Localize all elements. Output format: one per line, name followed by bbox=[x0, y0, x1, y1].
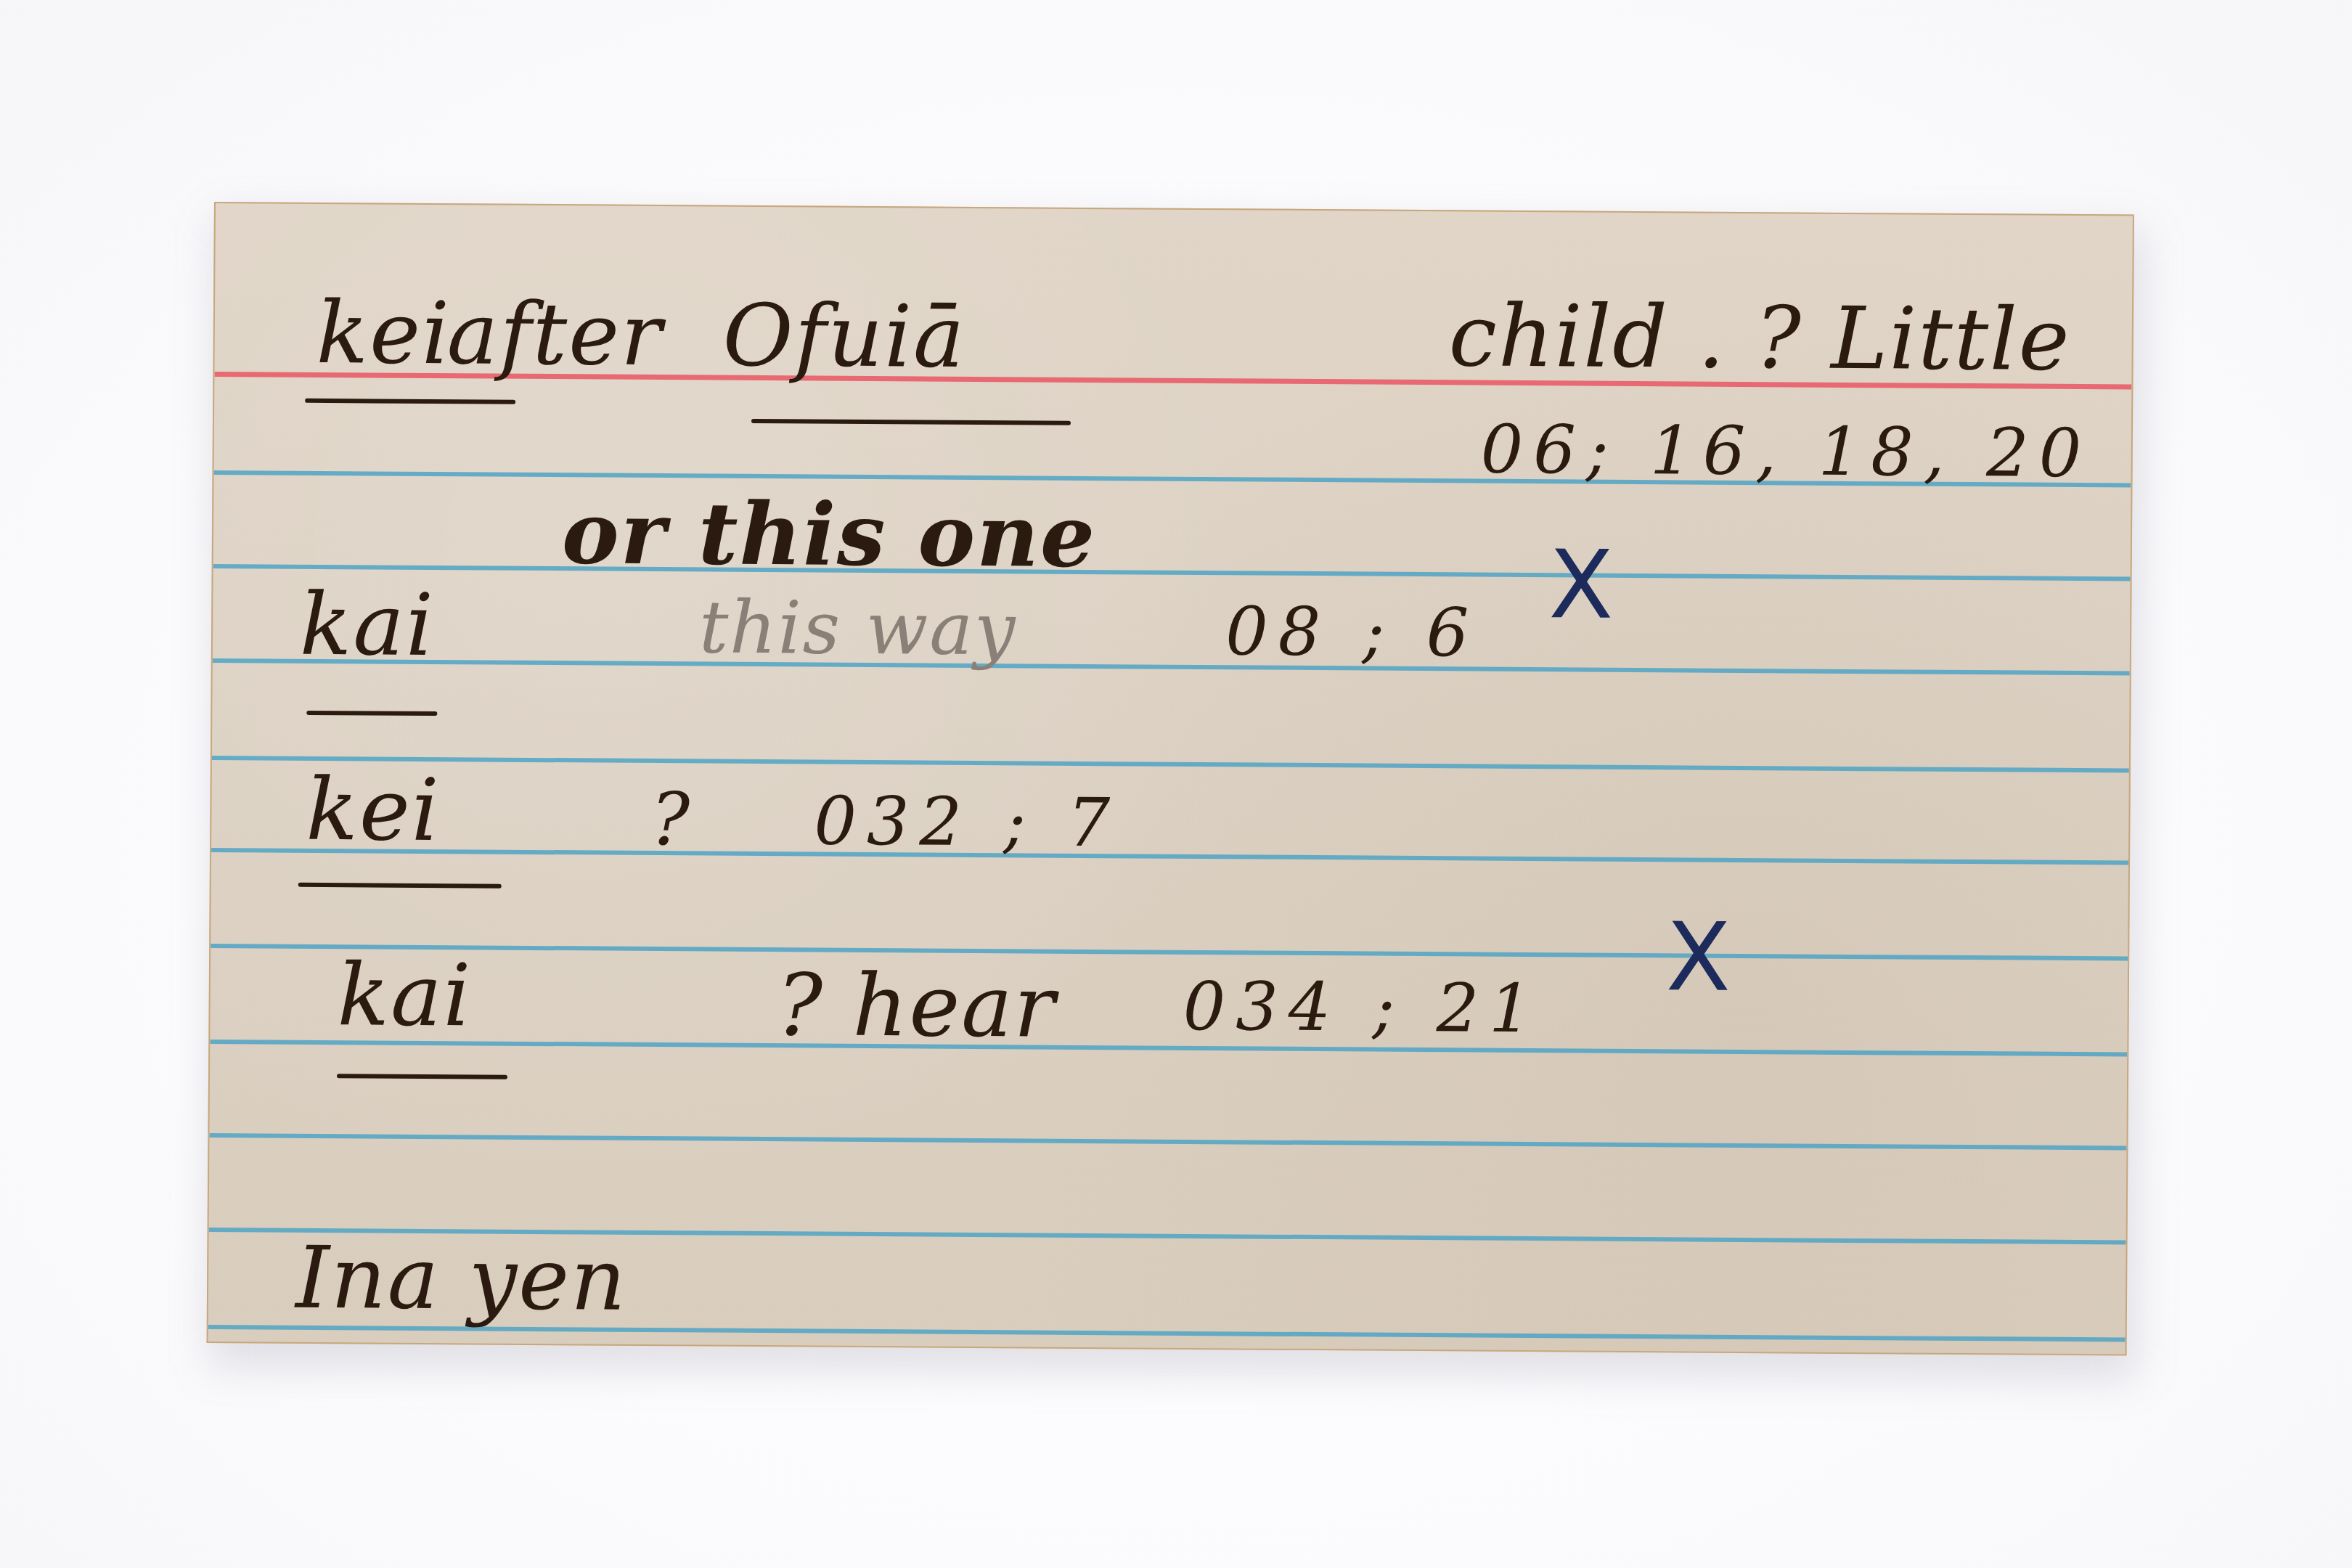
headword-underline bbox=[306, 711, 437, 716]
photo-background: kei after Ofuiā child . ? Little 06; 16,… bbox=[0, 0, 2352, 1568]
gloss-underline bbox=[751, 419, 1071, 425]
headword-underline bbox=[305, 399, 515, 404]
headword-kai-1: kai bbox=[300, 581, 435, 668]
blue-rule bbox=[213, 658, 2130, 676]
note-or-this-one: or this one bbox=[562, 490, 1097, 579]
gloss-ofuia: Ofuiā bbox=[722, 293, 965, 380]
reference-numbers-line-4: 032 ; 7 bbox=[814, 788, 1120, 857]
gloss-this-way-pencil: this way bbox=[699, 591, 1017, 666]
index-card: kei after Ofuiā child . ? Little 06; 16,… bbox=[207, 202, 2134, 1356]
gloss-after: after bbox=[446, 290, 663, 377]
blue-rule bbox=[213, 564, 2131, 581]
blue-x-mark: X bbox=[1548, 537, 1614, 632]
headword-kei-2: kei bbox=[306, 767, 441, 853]
headword-kei-1: kei bbox=[316, 290, 451, 376]
gloss-question: ? bbox=[650, 783, 691, 856]
blue-rule bbox=[210, 1040, 2127, 1057]
reference-numbers-line-1: 06; 16, 18, 20 bbox=[1480, 417, 2091, 488]
reference-numbers-line-3: 08 ; 6 bbox=[1225, 598, 1479, 666]
headword-kai-2: kai bbox=[337, 952, 472, 1038]
reference-numbers-line-5: 034 ; 21 bbox=[1183, 973, 1542, 1042]
blue-rule bbox=[211, 848, 2128, 865]
gloss-child-little: child . ? Little bbox=[1448, 293, 2071, 383]
blue-x-mark: X bbox=[1666, 910, 1731, 1005]
signature-scrawl: Ina yen bbox=[295, 1235, 628, 1323]
blue-rule bbox=[212, 756, 2129, 773]
blue-rule bbox=[209, 1133, 2126, 1151]
blue-rule bbox=[211, 944, 2128, 961]
gloss-hear: ? hear bbox=[776, 962, 1056, 1050]
headword-underline bbox=[298, 883, 502, 889]
headword-underline bbox=[337, 1074, 507, 1079]
